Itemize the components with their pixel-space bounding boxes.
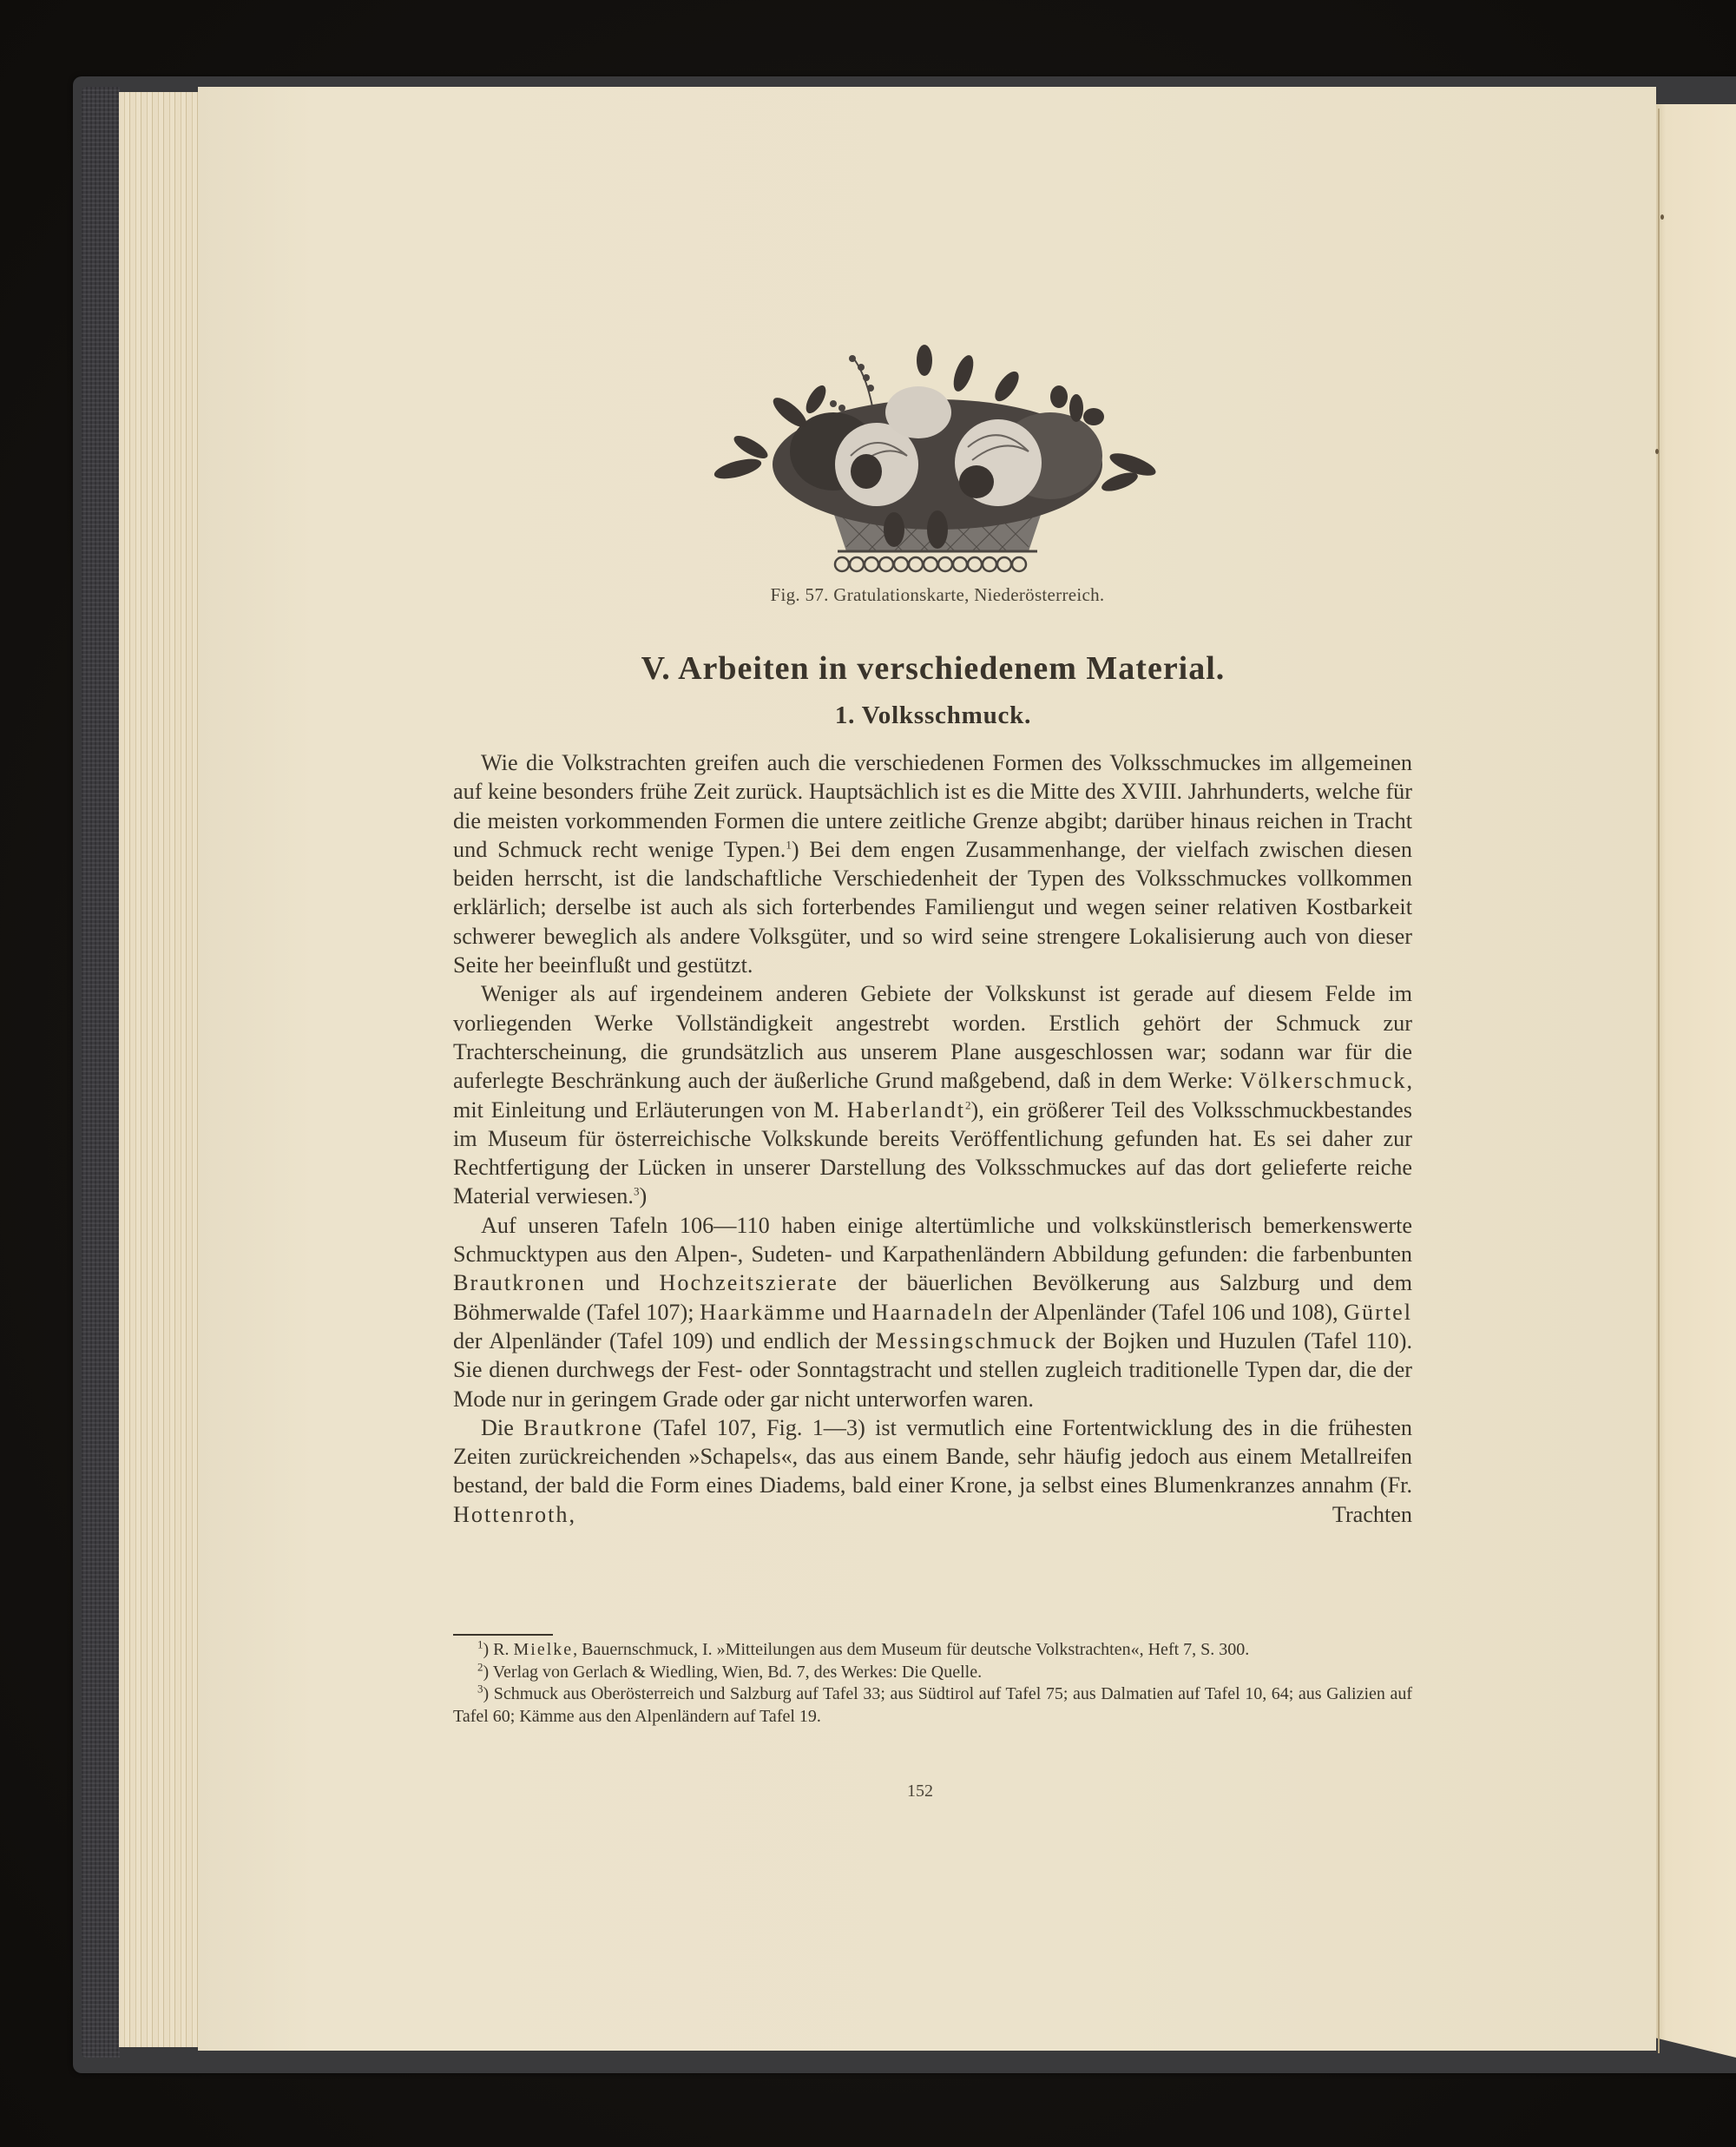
footnote-1: 1) R. Mielke, Bauernschmuck, I. »Mitteil… — [453, 1639, 1412, 1662]
footnote-divider — [453, 1634, 553, 1636]
paragraph-3: Auf unseren Tafeln 106—110 haben einige … — [453, 1211, 1412, 1413]
paper-speck — [1660, 214, 1664, 220]
figure-caption: Fig. 57. Gratulationskarte, Niederösterr… — [608, 584, 1267, 606]
book-spine — [82, 87, 120, 2058]
chapter-title: V. Arbeiten in verschiedenem Material. — [451, 649, 1415, 688]
paragraph-2: Weniger als auf irgendeinem anderen Gebi… — [453, 979, 1412, 1210]
facing-page-edge — [1656, 104, 1736, 2058]
footnotes: 1) R. Mielke, Bauernschmuck, I. »Mitteil… — [453, 1639, 1412, 1728]
paragraph-1: Wie die Volkstrachten greifen auch die v… — [453, 748, 1412, 979]
footnote-3: 3) Schmuck aus Oberösterreich und Salzbu… — [453, 1683, 1412, 1728]
gutter-line — [1658, 109, 1660, 2053]
section-title: 1. Volksschmuck. — [451, 701, 1415, 730]
page-number: 152 — [868, 1781, 972, 1801]
body-text: Wie die Volkstrachten greifen auch die v… — [453, 748, 1412, 1529]
paper-speck — [1655, 449, 1659, 454]
page-stack-edges — [119, 92, 202, 2047]
paragraph-4: Die Brautkrone (Tafel 107, Fig. 1—3) ist… — [453, 1413, 1412, 1529]
flower-basket-illustration — [712, 334, 1163, 586]
flower-basket-icon — [712, 334, 1163, 586]
footnote-2: 2) Verlag von Gerlach & Wiedling, Wien, … — [453, 1662, 1412, 1684]
